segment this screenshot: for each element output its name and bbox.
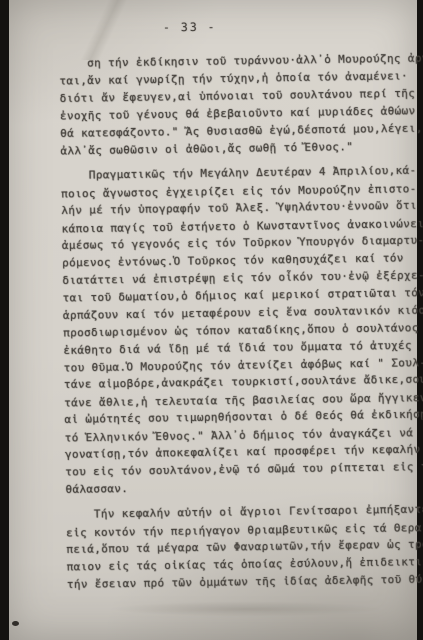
paragraph: ση τήν ἐκδίκησιν τοῦ τυράννου·ἀλλ᾽ὁ Μουρ… <box>59 50 409 160</box>
text-line: ἀλλ᾽ἄς σωθῶσιν οἱ ἀθῶοι,ἄς σωθῇ τό Ἔθνος… <box>60 137 408 160</box>
paragraph: Πραγματικῶς τήν Μεγάλην Δευτέραν 4 Ἀπριλ… <box>61 162 414 498</box>
page-number: - 33 - <box>163 20 217 35</box>
scanned-page-backdrop: - 33 - ση τήν ἐκδίκησιν τοῦ τυράννου·ἀλλ… <box>0 0 423 640</box>
document-body: ση τήν ἐκδίκησιν τοῦ τυράννου·ἀλλ᾽ὁ Μουρ… <box>59 50 415 593</box>
paper-crease <box>69 0 139 60</box>
scan-smudge <box>49 596 379 622</box>
scan-speck <box>12 621 19 626</box>
paragraph: Τήν κεφαλήν αὐτήν οἱ ἄγριοι Γενίτσαροι ἐ… <box>66 501 415 593</box>
document-page: - 33 - ση τήν ἐκδίκησιν τοῦ τυράννου·ἀλλ… <box>9 0 417 640</box>
